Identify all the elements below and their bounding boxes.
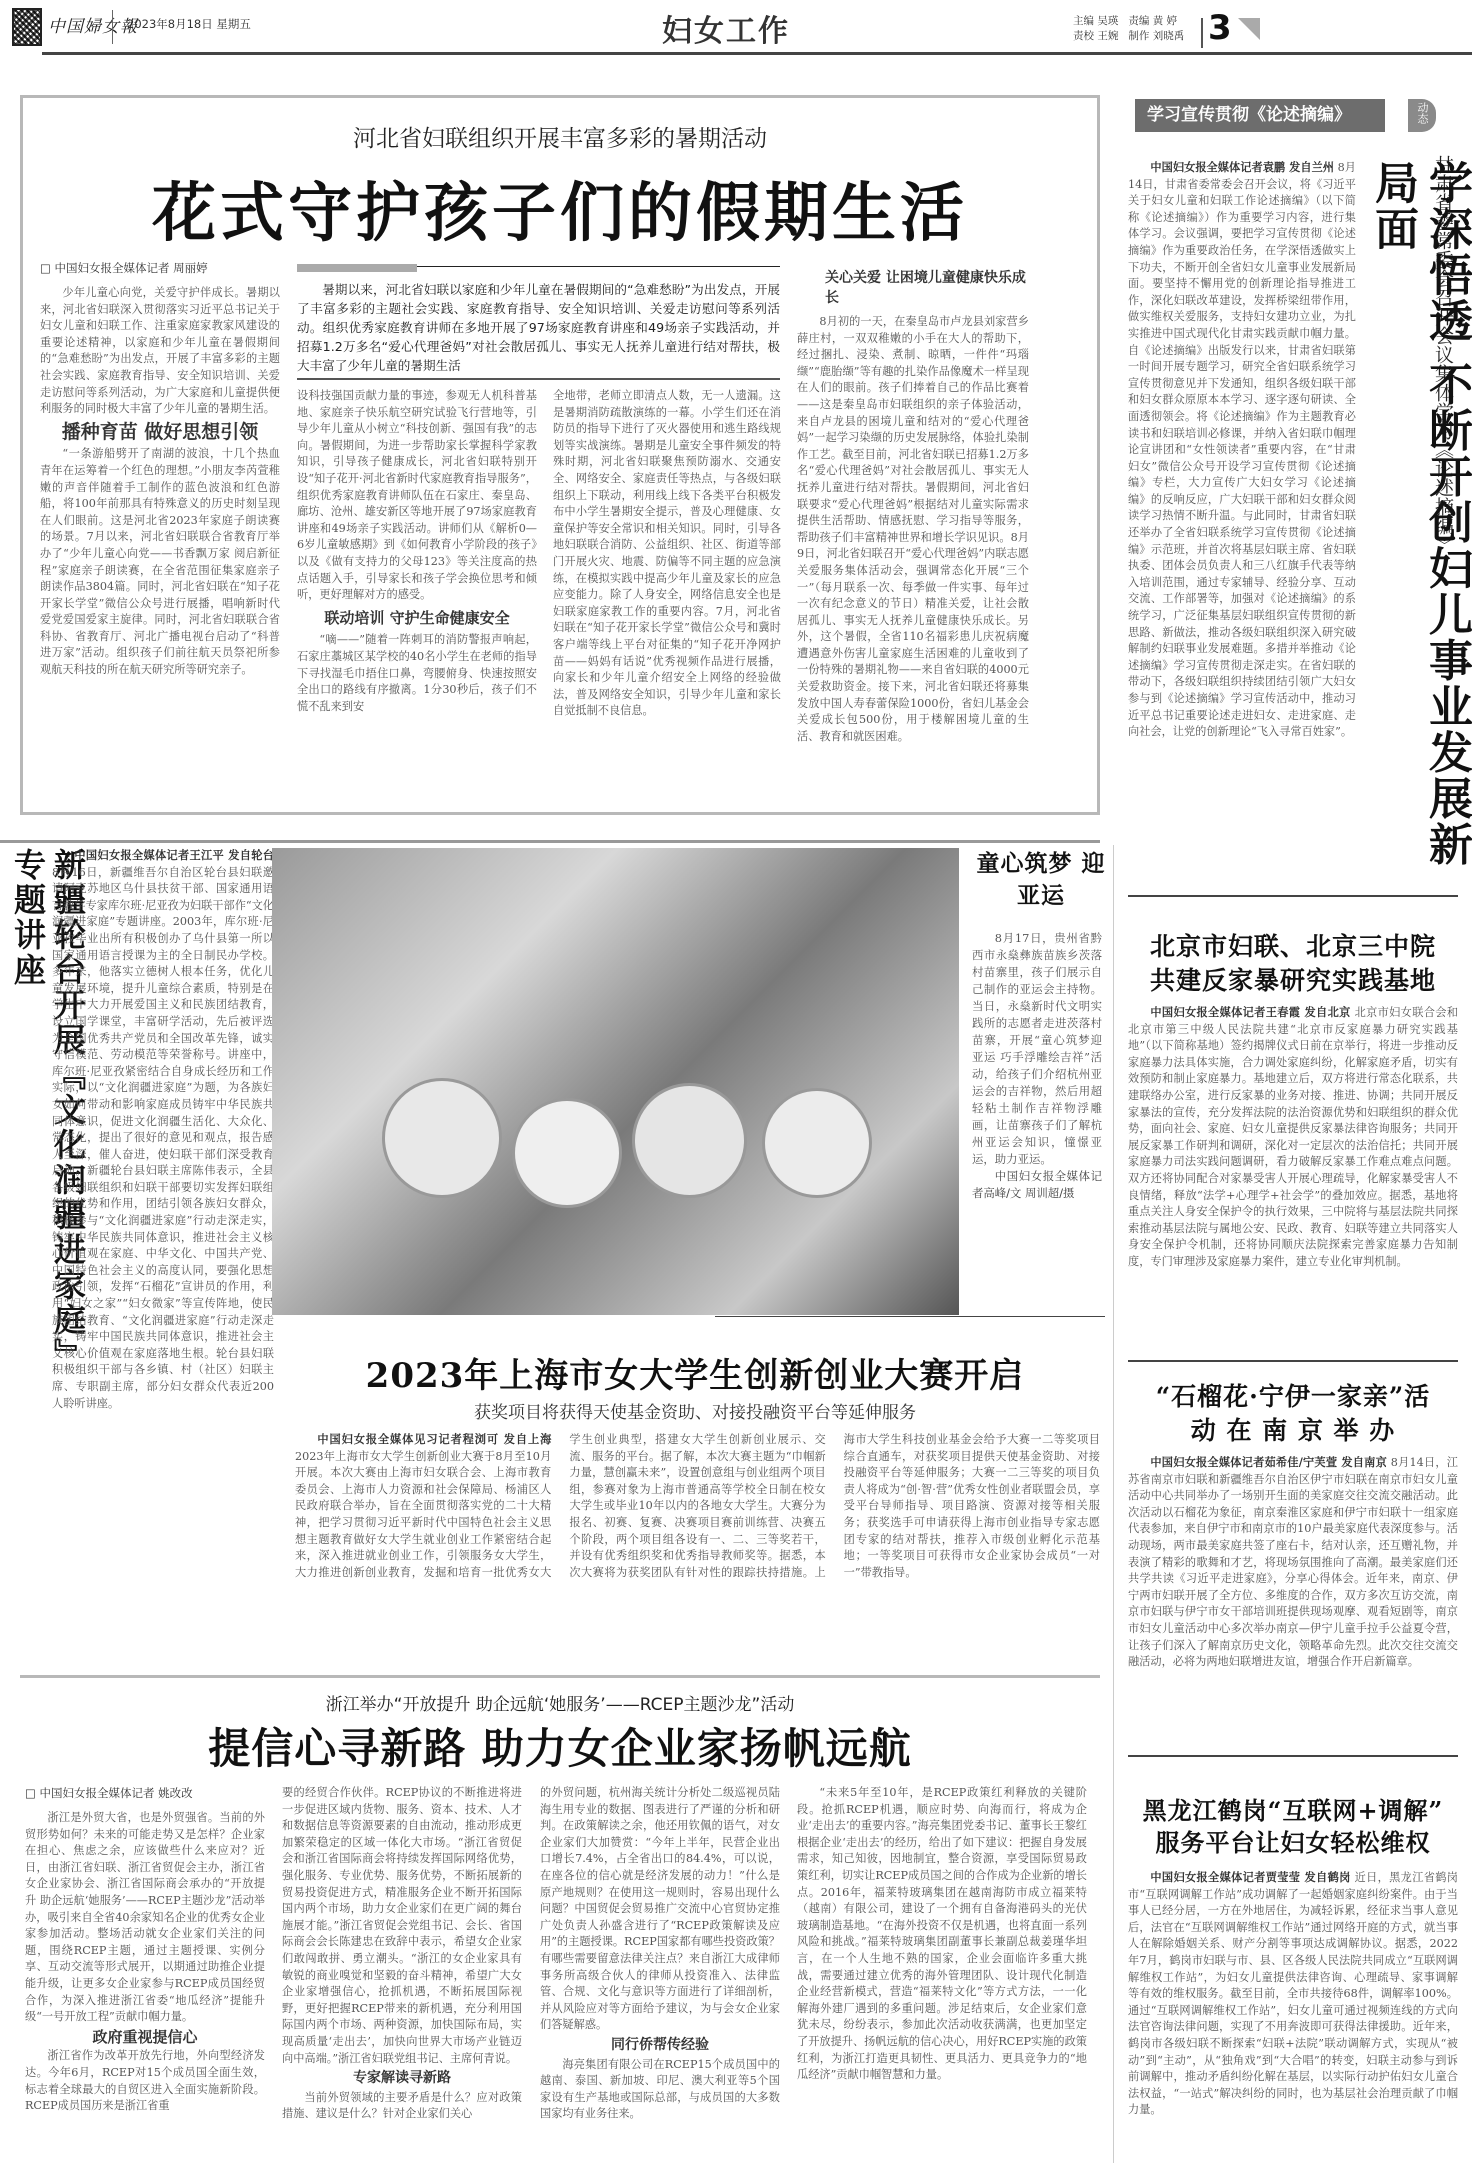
section-rule-lead [0,840,1100,843]
editors-line-1: 主编 吴瑛 责编 黄 婷 [1073,14,1184,29]
page-number: 3 [1208,8,1232,48]
gansu-vertical-headline: 学深悟透 不断开创妇儿事业发展新局面 [1365,160,1472,880]
lead-column-2: 设科技强国贡献力量的事迹，参观无人机科普基地、家庭亲子快乐航空研究试验飞行营地等… [297,388,537,808]
nanjing-text: 8月14日，江苏省南京市妇联和新疆维吾尔自治区伊宁市妇联在南京市妇女儿童活动中心… [1128,1456,1458,1668]
beijing-lead-bold: 中国妇女报全媒体记者王春霞 发自北京 [1150,1006,1350,1019]
masthead-rule [42,52,1472,55]
heilongjiang-headline: 黑龙江鹤岗“互联网+调解” 服务平台让妇女轻松维权 [1128,1795,1458,1859]
lead-subhead-2: 联动培训 守护生命健康安全 [297,610,537,627]
xinjiang-body: 中国妇女报全媒体记者王江平 发自轮台 8月16日，新疆维吾尔自治区轮台县妇联邀请… [52,848,274,1693]
issue-date: 2023年8月18日 星期五 [127,16,251,32]
zhejiang-column-1: 浙江是外贸大省，也是外贸强省。当前的外贸形势如何？未来的可能走势又是怎样？企业家… [25,1810,265,2163]
zhejiang-col3-body2: 海亮集团有限公司在RCEP15个成员国中的越南、泰国、新加坡、印尼、澳大利亚等5… [540,2057,780,2123]
zhejiang-col1-body: 浙江是外贸大省，也是外贸强省。当前的外贸形势如何？未来的可能走势又是怎样？企业家… [25,1810,265,2026]
heilongjiang-headline-line-2: 服务平台让妇女轻松维权 [1128,1827,1458,1859]
lead-col3-body: 全地带，老师立即清点人数，无一人遗漏。这是暑期消防疏散演练的一幕。小学生们还在消… [553,388,781,720]
zhejiang-col2-body: 要的经贸合作伙伴。RCEP协议的不断推进将进一步促进区域内货物、服务、资本、技术… [282,1785,522,2067]
nanjing-headline-line-1: “石榴花·宁伊一家亲”活 [1128,1380,1458,1414]
mascot-craft-2 [512,1098,622,1208]
xinjiang-text: 8月16日，新疆维吾尔自治区轮台县妇联邀请阿克苏地区乌什县扶贫干部、国家通用语言… [52,866,274,1410]
page-number-divider [1201,18,1203,48]
nanjing-lead-bold: 中国妇女报全媒体记者茹希佳/宁芙萱 发自南京 [1150,1456,1387,1469]
mascot-craft-1 [382,1078,502,1198]
beijing-text: 北京市妇女联合会和北京市第三中级人民法院共建“北京市反家庭暴力研究实践基地”（以… [1128,1006,1458,1268]
lead-column-3: 全地带，老师立即清点人数，无一人遗漏。这是暑期消防疏散演练的一幕。小学生们还在消… [553,388,781,808]
study-banner: 学习宣传贯彻《论述摘编》 [1135,99,1385,132]
shanghai-headline: 2023年上海市女大学生创新创业大赛开启 [290,1348,1100,1397]
shanghai-body: 中国妇女报全媒体见习记者程浏可 发自上海 2023年上海市女大学生创新创业大赛于… [295,1432,1100,1662]
zhejiang-subhead-2: 专家解读寻新路 [282,2070,522,2087]
zhejiang-col4-body: “未来5年至10年，是RCEP政策红利释放的关键阶段。抢抓RCEP机遇，顺应时势… [797,1785,1087,2084]
heilongjiang-headline-line-1: 黑龙江鹤岗“互联网+调解” [1128,1795,1458,1827]
zhejiang-kicker: 浙江举办“开放提升 助企远航‘她服务’——RCEP主题沙龙”活动 [20,1690,1100,1715]
nanjing-rule [1128,1755,1458,1757]
lead-subhead-1: 播种育苗 做好思想引领 [40,424,280,441]
editor-credits: 主编 吴瑛 责编 黄 婷 责校 王婉 制作 刘晓禹 [1073,14,1184,44]
zhejiang-subhead-3: 同行侨帮传经验 [540,2037,780,2054]
mascot-craft-4 [762,1088,872,1198]
lead-col2-body: 设科技强国贡献力量的事迹，参观无人机科普基地、家庭亲子快乐航空研究试验飞行营地等… [297,388,537,604]
shanghai-text: 2023年上海市女大学生创新创业大赛于8月至10月开展。本次大赛由上海市妇女联合… [295,1433,1100,1579]
zhejiang-col3-body: 的外贸问题，杭州海关统计分析处二级巡视员陆海生用专业的数据、图表进行了严谨的分析… [540,1785,780,2034]
gansu-body: 中国妇女报全媒体记者袁鹏 发自兰州 8月14日，甘肃省委常委会召开会议，将《习近… [1128,160,1356,880]
beijing-paragraph: 中国妇女报全媒体记者王春霞 发自北京 北京市妇女联合会和北京市第三中级人民法院共… [1128,1005,1458,1271]
summary-rule-top [417,266,780,267]
lead-subhead-3: 关心关爱 让困境儿童健康快乐成长 [797,268,1029,308]
beijing-headline-line-2: 共建反家暴研究实践基地 [1128,964,1458,998]
photo-headline: 童心筑梦 迎亚运 [972,848,1110,912]
summary-bar [297,264,417,272]
editors-line-2: 责校 王婉 制作 刘晓禹 [1073,29,1184,44]
nanjing-paragraph: 中国妇女报全媒体记者茹希佳/宁芙萱 发自南京 8月14日，江苏省南京市妇联和新疆… [1128,1455,1458,1671]
heilongjiang-text: 近日，黑龙江省鹤岗市“互联网调解工作站”成功调解了一起婚姻家庭纠纷案件。由于当事… [1128,1871,1458,2116]
beijing-rule [1128,1360,1458,1362]
zhejiang-column-4: “未来5年至10年，是RCEP政策红利释放的关键阶段。抢抓RCEP机遇，顺应时势… [797,1785,1087,2163]
masthead-divider [112,10,113,44]
shanghai-lead-bold: 中国妇女报全媒体见习记者程浏可 发自上海 [317,1433,551,1446]
zhejiang-frame-top [20,1675,1100,1678]
lead-byline: □ 中国妇女报全媒体记者 周丽婷 [40,260,208,276]
zhejiang-col1-body2: 浙江省作为改革开放先行地，外向型经济发达。今年6月，RCEP对15个成员国全面生… [25,2048,265,2114]
gansu-text: 8月14日，甘肃省委常委会召开会议，将《习近平关于妇女儿童和妇联工作论述摘编》（… [1128,161,1356,738]
lead-intro: 少年儿童心向党，关爱守护伴成长。暑期以来，河北省妇联深入贯彻落实习近平总书记关于… [40,285,280,418]
zhejiang-column-3: 的外贸问题，杭州海关统计分析处二级巡视员陆海生用专业的数据、图表进行了严谨的分析… [540,1785,780,2163]
mascot-craft-3 [632,1083,747,1198]
gansu-lead-bold: 中国妇女报全媒体记者袁鹏 发自兰州 [1150,161,1334,174]
section-title: 妇女工作 [662,6,790,50]
nanjing-body: 中国妇女报全媒体记者茹希佳/宁芙萱 发自南京 8月14日，江苏省南京市妇联和新疆… [1128,1455,1458,1745]
photo-caption-body: 8月17日，贵州省黔西市永燊彝族苗族乡茨落村苗寨里，孩子们展示自己制作的亚运会主… [972,930,1102,1168]
shanghai-subhead: 获奖项目将获得天使基金资助、对接投融资平台等延伸服务 [290,1398,1100,1423]
photo-caption: 8月17日，贵州省黔西市永燊彝族苗族乡茨落村苗寨里，孩子们展示自己制作的亚运会主… [972,930,1102,1300]
summary-rule-bottom [297,378,780,380]
children-mascot-photo [272,848,959,1315]
lead-headline: 花式守护孩子们的假期生活 [20,162,1100,254]
lead-col1-body: “一条游船劈开了南湖的波浪，十几个热血青年在运筹着一个红色的理想。”小朋友李芮萱… [40,446,280,678]
beijing-body: 中国妇女报全媒体记者王春霞 发自北京 北京市妇女联合会和北京市第三中级人民法院共… [1128,1005,1458,1345]
heilongjiang-body: 中国妇女报全媒体记者贾莹莹 发自鹤岗 近日，黑龙江省鹤岗市“互联网调解工作站”成… [1128,1870,1458,2163]
lead-column-1: 少年儿童心向党，关爱守护伴成长。暑期以来，河北省妇联深入贯彻落实习近平总书记关于… [40,285,280,805]
shanghai-paragraph: 中国妇女报全媒体见习记者程浏可 发自上海 2023年上海市女大学生创新创业大赛于… [295,1432,1100,1581]
study-banner-tag: 动态 [1408,99,1436,132]
zhejiang-col2-body2: 当前外贸领域的主要矛盾是什么？应对政策措施、建议是什么？针对企业家们关心 [282,2090,522,2123]
gansu-paragraph: 中国妇女报全媒体记者袁鹏 发自兰州 8月14日，甘肃省委常委会召开会议，将《习近… [1128,160,1356,741]
xinjiang-paragraph: 中国妇女报全媒体记者王江平 发自轮台 8月16日，新疆维吾尔自治区轮台县妇联邀请… [52,848,274,1412]
lead-column-4: 关心关爱 让困境儿童健康快乐成长 8月初的一天，在秦皇岛市卢龙县刘家营乡薛庄村，… [797,262,1029,807]
lead-summary: 暑期以来，河北省妇联以家庭和少年儿童在暑假期间的“急难愁盼”为出发点，开展了丰富… [297,280,780,375]
zhejiang-subhead-1: 政府重视提信心 [25,2029,265,2046]
nanjing-headline: “石榴花·宁伊一家亲”活 动 在 南 京 举 办 [1128,1380,1458,1448]
qr-code-icon [12,8,42,46]
zhejiang-headline: 提信心寻新路 助力女企业家扬帆远航 [20,1716,1100,1776]
heilongjiang-lead-bold: 中国妇女报全媒体记者贾莹莹 发自鹤岗 [1150,1871,1350,1884]
photo-credit: 中国妇女报全媒体记者高峰/文 周训超/摄 [972,1168,1102,1202]
xinjiang-lead-bold: 中国妇女报全媒体记者王江平 发自轮台 [74,849,274,862]
page-corner-icon [1238,18,1260,40]
gansu-rule [1128,895,1458,897]
zhejiang-column-2: 要的经贸合作伙伴。RCEP协议的不断推进将进一步促进区域内货物、服务、资本、技术… [282,1785,522,2163]
photo-rule [715,1316,1105,1317]
lead-col4-body: 8月初的一天，在秦皇岛市卢龙县刘家营乡薛庄村，一双双稚嫩的小手在大人的帮助下，经… [797,314,1029,745]
beijing-headline: 北京市妇联、北京三中院 共建反家暴研究实践基地 [1128,930,1458,998]
beijing-headline-line-1: 北京市妇联、北京三中院 [1128,930,1458,964]
heilongjiang-paragraph: 中国妇女报全媒体记者贾莹莹 发自鹤岗 近日，黑龙江省鹤岗市“互联网调解工作站”成… [1128,1870,1458,2119]
zhejiang-byline: □ 中国妇女报全媒体记者 姚改改 [25,1785,193,1801]
nanjing-headline-line-2: 动 在 南 京 举 办 [1128,1414,1458,1448]
lead-col2-body2: “嘀——”随着一阵刺耳的消防警报声响起，石家庄藁城区某学校的40名小学生在老师的… [297,632,537,715]
paper-logo: 中国婦女報 [48,12,138,37]
sidebar-divider [1113,845,1114,2163]
lead-kicker: 河北省妇联组织开展丰富多彩的暑期活动 [20,120,1100,153]
